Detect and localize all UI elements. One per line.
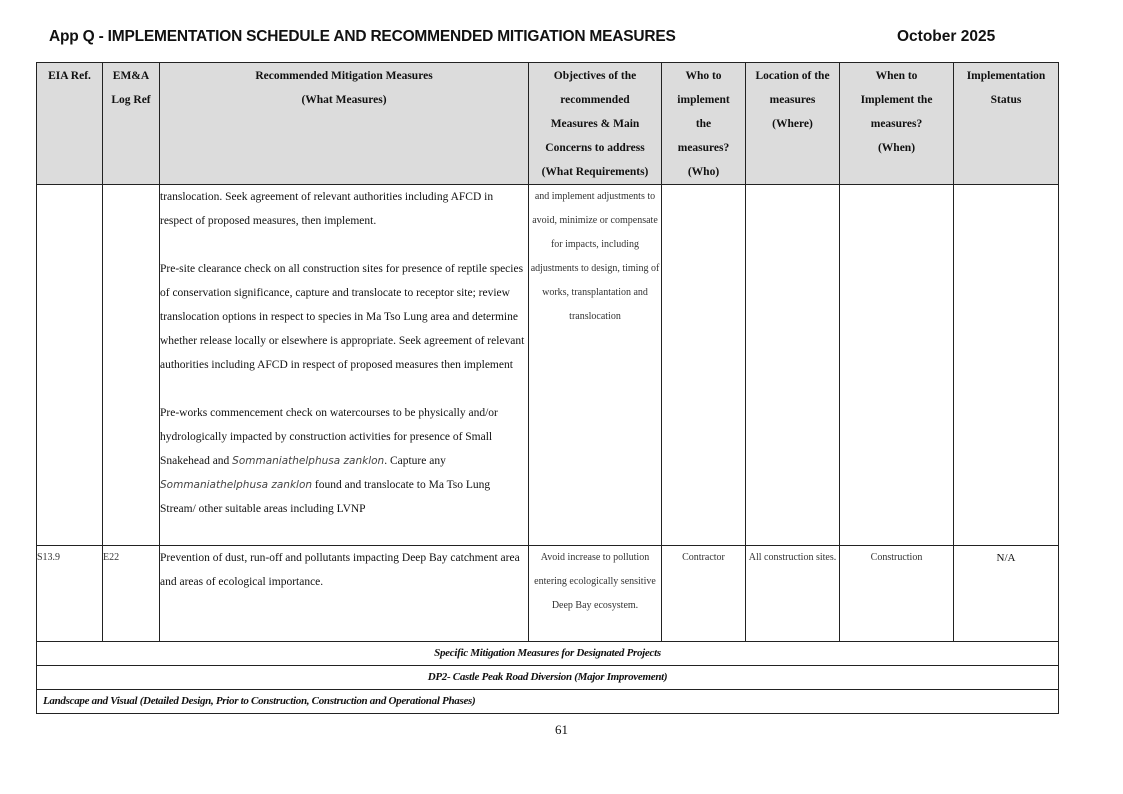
- cell-eia-ref: [37, 185, 103, 546]
- measure-paragraph: translocation. Seek agreement of relevan…: [160, 185, 528, 233]
- col-header-objectives: Objectives of therecommendedMeasures & M…: [529, 63, 662, 185]
- cell-who: [662, 185, 746, 546]
- cell-when: Construction: [840, 546, 954, 642]
- implementation-schedule-table: EIA Ref. EM&ALog Ref Recommended Mitigat…: [36, 62, 1059, 714]
- document-title: App Q - IMPLEMENTATION SCHEDULE AND RECO…: [49, 28, 676, 46]
- section-band-row: Specific Mitigation Measures for Designa…: [37, 642, 1059, 666]
- cell-log-ref: E22: [103, 546, 160, 642]
- category-heading: Landscape and Visual (Detailed Design, P…: [37, 690, 1059, 714]
- cell-where: All construction sites.: [746, 546, 840, 642]
- col-header-where: Location of themeasures(Where): [746, 63, 840, 185]
- document-date: October 2025: [897, 28, 995, 46]
- col-header-when: When toImplement themeasures?(When): [840, 63, 954, 185]
- col-header-eia-ref: EIA Ref.: [37, 63, 103, 185]
- cell-measures: Prevention of dust, run-off and pollutan…: [160, 546, 529, 642]
- cell-eia-ref: S13.9: [37, 546, 103, 642]
- cell-objectives: Avoid increase to pollution entering eco…: [529, 546, 662, 642]
- table-row: translocation. Seek agreement of relevan…: [37, 185, 1059, 546]
- table-header-row: EIA Ref. EM&ALog Ref Recommended Mitigat…: [37, 63, 1059, 185]
- col-header-status: ImplementationStatus: [954, 63, 1059, 185]
- section-band-row: DP2- Castle Peak Road Diversion (Major I…: [37, 666, 1059, 690]
- table-row: S13.9 E22 Prevention of dust, run-off an…: [37, 546, 1059, 642]
- col-header-who: Who toimplementthemeasures?(Who): [662, 63, 746, 185]
- species-name: Sommaniathelphusa zanklon: [232, 455, 384, 467]
- cell-status: [954, 185, 1059, 546]
- page-number: 61: [0, 722, 1123, 738]
- cell-status: N/A: [954, 546, 1059, 642]
- measure-paragraph: Pre-site clearance check on all construc…: [160, 257, 528, 377]
- cell-log-ref: [103, 185, 160, 546]
- species-name: Sommaniathelphusa zanklon: [160, 479, 312, 491]
- section-band-row: Landscape and Visual (Detailed Design, P…: [37, 690, 1059, 714]
- measure-paragraph: Prevention of dust, run-off and pollutan…: [160, 546, 528, 594]
- cell-where: [746, 185, 840, 546]
- project-heading: DP2- Castle Peak Road Diversion (Major I…: [37, 666, 1059, 690]
- cell-who: Contractor: [662, 546, 746, 642]
- cell-when: [840, 185, 954, 546]
- col-header-measures: Recommended Mitigation Measures(What Mea…: [160, 63, 529, 185]
- col-header-log-ref: EM&ALog Ref: [103, 63, 160, 185]
- section-heading: Specific Mitigation Measures for Designa…: [37, 642, 1059, 666]
- cell-objectives: and implement adjustments to avoid, mini…: [529, 185, 662, 546]
- cell-measures: translocation. Seek agreement of relevan…: [160, 185, 529, 546]
- measure-paragraph: Pre-works commencement check on watercou…: [160, 401, 528, 521]
